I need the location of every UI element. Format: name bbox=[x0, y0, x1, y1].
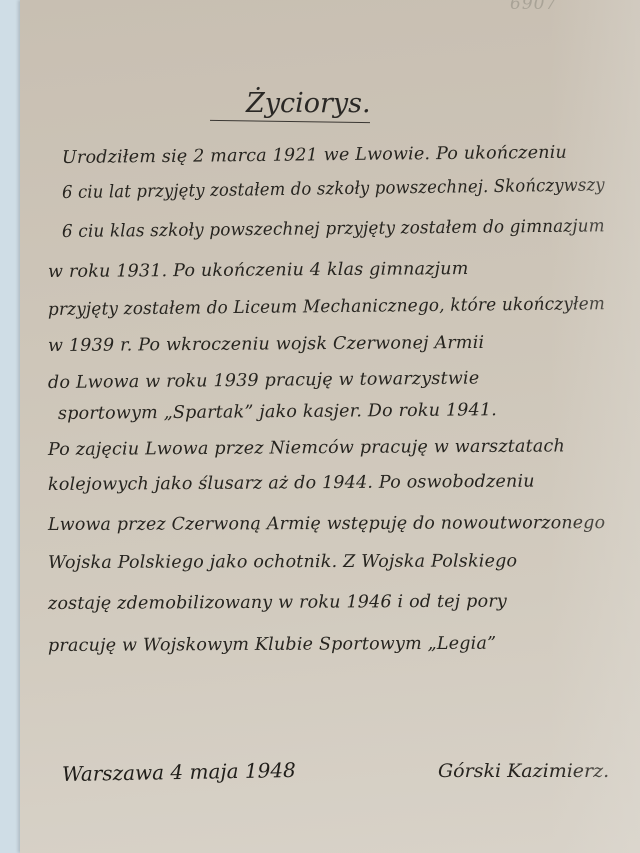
place-and-date: Warszawa 4 maja 1948 bbox=[62, 758, 296, 786]
body-line: przyjęty zostałem do Liceum Mechaniczneg… bbox=[48, 294, 605, 320]
body-line: 6 ciu lat przyjęty zostałem do szkoły po… bbox=[62, 175, 605, 203]
body-line: Po zajęciu Lwowa przez Niemców pracuję w… bbox=[48, 436, 565, 460]
body-line: 6 ciu klas szkoły powszechnej przyjęty z… bbox=[62, 216, 605, 242]
signature: Górski Kazimierz. bbox=[438, 760, 609, 782]
archive-number: 6907 bbox=[510, 0, 557, 14]
body-line: sportowym „Spartak” jako kasjer. Do roku… bbox=[58, 400, 497, 424]
body-line: Wojska Polskiego jako ochotnik. Z Wojska… bbox=[48, 551, 517, 573]
title-underline bbox=[210, 120, 370, 123]
body-line: Lwowa przez Czerwoną Armię wstępuję do n… bbox=[48, 513, 605, 535]
document-title: Życiorys. bbox=[246, 88, 371, 119]
body-line: w roku 1931. Po ukończeniu 4 klas gimnaz… bbox=[48, 259, 469, 282]
body-line: w 1939 r. Po wkroczeniu wojsk Czerwonej … bbox=[48, 333, 484, 356]
body-line: zostaję zdemobilizowany w roku 1946 i od… bbox=[48, 592, 507, 614]
body-line: do Lwowa w roku 1939 pracuję w towarzyst… bbox=[48, 368, 480, 393]
body-line: kolejowych jako ślusarz aż do 1944. Po o… bbox=[48, 472, 535, 495]
body-line: Urodziłem się 2 marca 1921 we Lwowie. Po… bbox=[62, 143, 567, 168]
document-page: 6907 Życiorys. Urodziłem się 2 marca 192… bbox=[20, 0, 640, 853]
body-line: pracuję w Wojskowym Klubie Sportowym „Le… bbox=[48, 634, 496, 656]
